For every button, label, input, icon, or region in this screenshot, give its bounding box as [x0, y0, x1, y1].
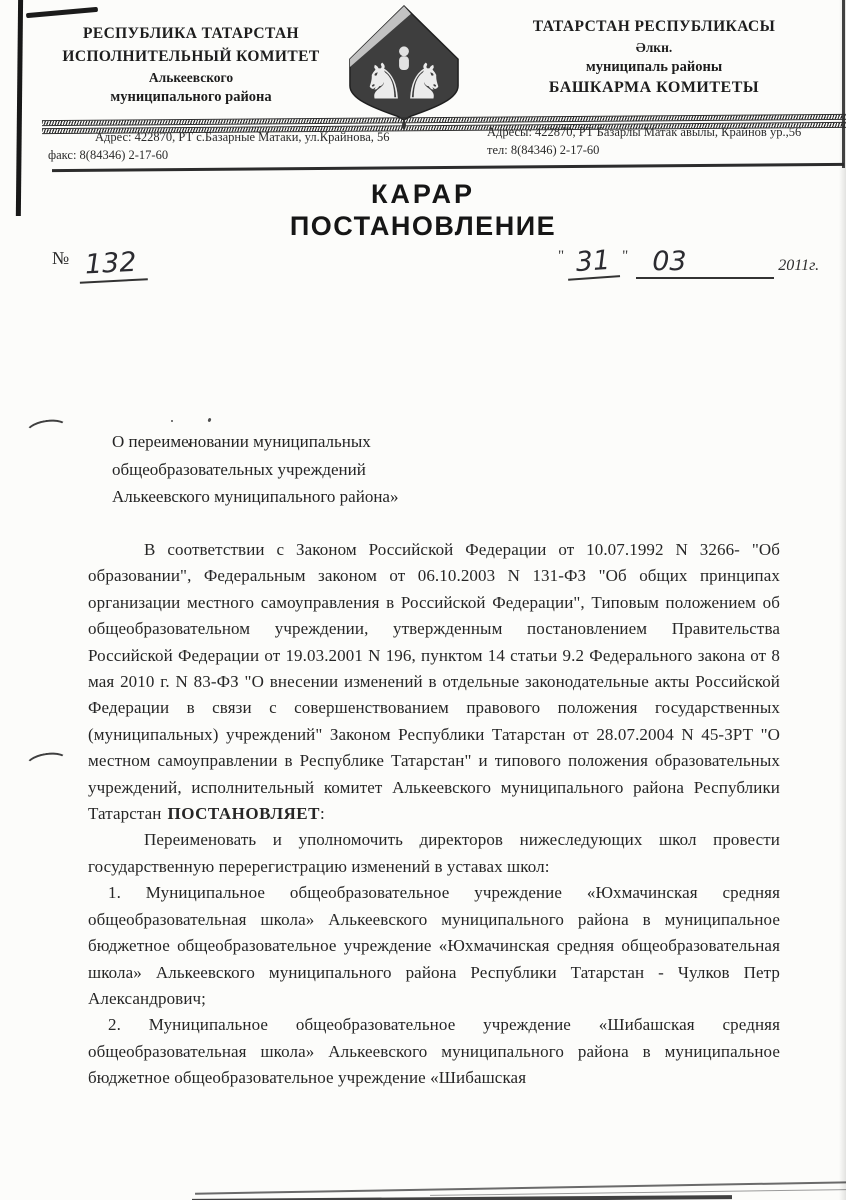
org-committee-name-tatar: БАШКАРМА КОМИТЕТЫ — [478, 77, 830, 98]
scan-artifact-bottom-strip — [192, 1195, 732, 1200]
decree-body: В соответствии с Законом Российской Феде… — [88, 537, 780, 1092]
number-sign: № — [52, 248, 69, 268]
resolves-keyword: ПОСТАНОВЛЯЕТ — [167, 804, 319, 823]
org-district-line1: Алькеевского — [40, 68, 342, 87]
scan-artifact-right-edge — [842, 0, 845, 168]
subject-line: О переименовании муниципальных — [112, 428, 542, 456]
date-open-quote: " — [558, 248, 564, 264]
date-month-handwritten: 03 — [636, 246, 774, 279]
contact-block-left: Адрес: 422870, РТ с.Базарные Матаки, ул.… — [48, 129, 458, 164]
scan-artifact-ink-speck — [171, 420, 173, 422]
contact-block-right: Адресы: 422870, РТ Базарлы Матак авылы, … — [487, 124, 837, 159]
list-item-1: 1. Муниципальное общеобразовательное учр… — [88, 880, 780, 1012]
date-day-handwritten: 31 — [566, 244, 620, 281]
fax-line: факс: 8(84346) 2-17-60 — [48, 147, 458, 165]
org-district-line2-tatar: муниципаль районы — [478, 57, 830, 77]
org-district-line1-tatar: Әлкн. — [478, 38, 830, 57]
scan-artifact-arc-mark — [24, 750, 71, 779]
solid-divider — [52, 163, 844, 172]
address-line: Адрес: 422870, РТ с.Базарные Матаки, ул.… — [48, 129, 458, 147]
subject-line: Алькеевского муниципального района» — [112, 483, 542, 511]
title-russian: ПОСТАНОВЛЕНИЕ — [0, 210, 846, 242]
date-close-quote: " — [622, 248, 628, 264]
subject-line: общеобразовательных учреждений — [112, 456, 542, 484]
address-line-tatar: Адресы: 422870, РТ Базарлы Матак авылы, … — [487, 124, 837, 142]
decree-subject: О переименовании муниципальных общеобраз… — [112, 428, 542, 511]
date-year: 2011г. — [778, 257, 819, 274]
resolution-paragraph: Переименовать и уполномочить директоров … — [88, 827, 780, 880]
phone-line: тел: 8(84346) 2-17-60 — [487, 142, 837, 160]
letterhead-tatar: ТАТАРСТАН РЕСПУБЛИКАСЫ Әлкн. муниципаль … — [478, 16, 830, 98]
preamble-text: В соответствии с Законом Российской Феде… — [88, 540, 780, 823]
preamble-paragraph: В соответствии с Законом Российской Феде… — [88, 537, 780, 827]
org-district-line2: муниципального района — [40, 87, 342, 107]
org-republic-name-tatar: ТАТАРСТАН РЕСПУБЛИКАСЫ — [478, 16, 830, 38]
letterhead-russian: РЕСПУБЛИКА ТАТАРСТАН ИСПОЛНИТЕЛЬНЫЙ КОМИ… — [40, 22, 342, 107]
coat-of-arms-icon: ♞ ♞ — [346, 4, 462, 132]
scan-artifact-top-dash — [26, 7, 98, 18]
org-republic-name: РЕСПУБЛИКА ТАТАРСТАН — [40, 22, 342, 45]
scan-artifact-arc-mark — [24, 417, 71, 446]
number-value-handwritten: 132 — [78, 246, 148, 284]
document-date: "31"032011г. — [558, 246, 819, 279]
document-title: КАРАР ПОСТАНОВЛЕНИЕ — [0, 178, 846, 242]
title-tatar: КАРАР — [0, 178, 846, 210]
scanned-decree-page: РЕСПУБЛИКА ТАТАРСТАН ИСПОЛНИТЕЛЬНЫЙ КОМИ… — [0, 0, 846, 1200]
list-item-2: 2. Муниципальное общеобразовательное учр… — [88, 1012, 780, 1091]
org-committee-name: ИСПОЛНИТЕЛЬНЫЙ КОМИТЕТ — [40, 45, 342, 68]
resolves-colon: : — [320, 804, 325, 823]
document-number: №132 — [52, 248, 147, 282]
scan-artifact-ink-speck — [207, 418, 211, 423]
